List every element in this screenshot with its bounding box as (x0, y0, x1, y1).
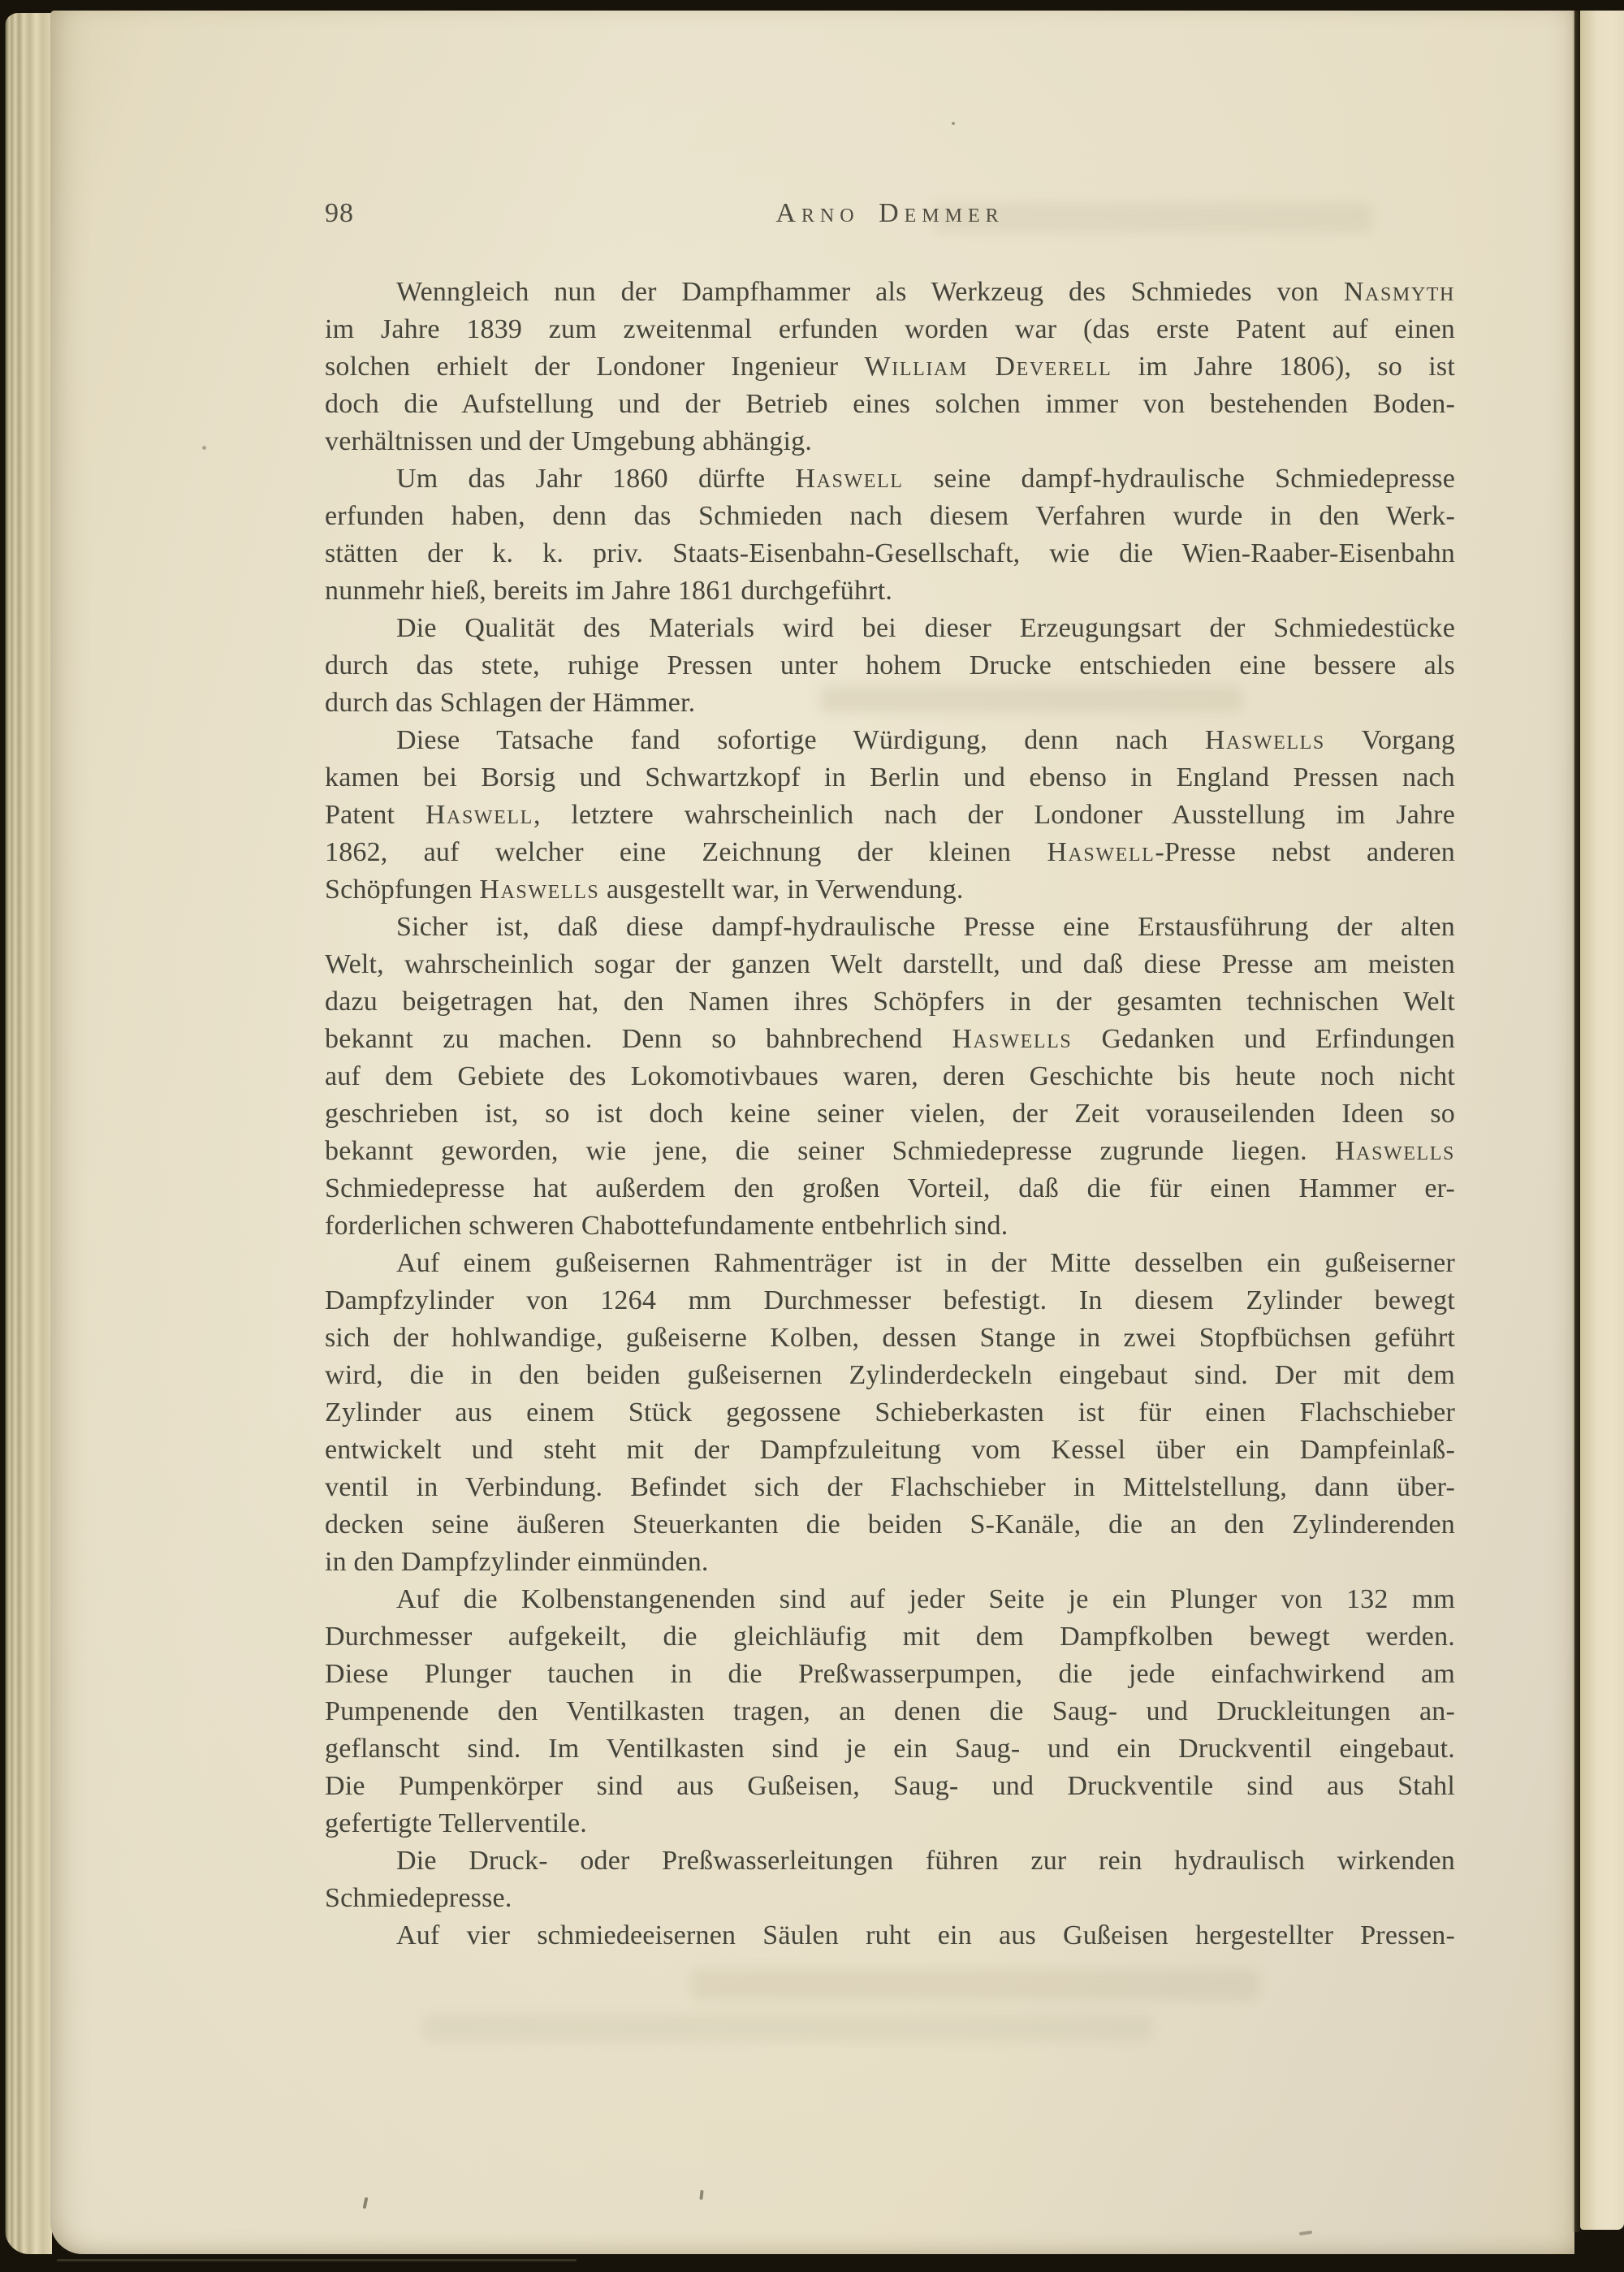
text-line: Pumpenende den Ventilkasten tragen, an d… (325, 1693, 1455, 1730)
text-line: Auf die Kolbenstangenenden sind auf jede… (325, 1581, 1455, 1618)
text-line: auf dem Gebiete des Lokomotivbaues waren… (325, 1058, 1455, 1095)
ink-speck (202, 446, 206, 450)
text-line: Die Qualität des Materials wird bei dies… (325, 610, 1455, 647)
text-line: im Jahre 1839 zum zweitenmal erfunden wo… (325, 311, 1455, 348)
small-caps-name: Haswells (952, 1024, 1072, 1054)
small-caps-name: Haswells (479, 875, 599, 905)
text-line: erfunden haben, denn das Schmieden nach … (325, 498, 1455, 535)
ghost-showthrough (422, 2014, 1153, 2041)
text-line: durch das Schlagen der Hämmer. (325, 685, 1455, 722)
text-line: kamen bei Borsig und Schwartzkopf in Ber… (325, 759, 1455, 797)
page-stack-edge (5, 13, 52, 2254)
text-line: Um das Jahr 1860 dürfte Haswell seine da… (325, 460, 1455, 498)
small-caps-name: Haswell (425, 800, 533, 830)
text-line: verhältnissen und der Umgebung abhängig. (325, 423, 1455, 460)
small-caps-name: Haswell (795, 464, 903, 494)
text-line: entwickelt und steht mit der Dampfzuleit… (325, 1432, 1455, 1469)
ink-speck (363, 2197, 369, 2209)
body-text: Wenngleich nun der Dampfhammer als Werkz… (325, 274, 1455, 1955)
fold-shadow (1572, 11, 1580, 2232)
text-line: Die Druck- oder Preßwasserleitungen führ… (325, 1842, 1455, 1880)
small-caps-name: Haswells (1335, 1136, 1455, 1166)
text-line: geschrieben ist, so ist doch keine seine… (325, 1095, 1455, 1133)
text-line: forderlichen schweren Chabottefundamente… (325, 1207, 1455, 1245)
text-line: in den Dampfzylinder einmünden. (325, 1544, 1455, 1581)
text-line: durch das stete, ruhige Pressen unter ho… (325, 647, 1455, 685)
text-line: Durchmesser aufgekeilt, die gleichläufig… (325, 1618, 1455, 1656)
small-caps-name: Haswells (1205, 725, 1325, 755)
text-line: 1862, auf welcher eine Zeichnung der kle… (325, 834, 1455, 871)
text-line: Patent Haswell, letztere wahrscheinlich … (325, 797, 1455, 834)
book-page: 98 Arno Demmer Wenngleich nun der Dampfh… (50, 11, 1574, 2254)
text-line: Welt, wahrscheinlich sogar der ganzen We… (325, 946, 1455, 983)
book-scan: { "scan": { "paper_color": "#ece4cc", "i… (0, 0, 1624, 2272)
text-line: doch die Aufstellung und der Betrieb ein… (325, 386, 1455, 423)
text-line: Sicher ist, daß diese dampf-hydraulische… (325, 909, 1455, 946)
running-title: Arno Demmer (775, 198, 1004, 228)
small-caps-name: Haswell (1047, 837, 1155, 867)
text-line: solchen erhielt der Londoner Ingenieur W… (325, 348, 1455, 386)
text-line: Auf vier schmiedeeisernen Säulen ruht ei… (325, 1917, 1455, 1955)
ink-speck (1299, 2231, 1312, 2235)
text-line: sich der hohlwandige, gußeiserne Kolben,… (325, 1320, 1455, 1357)
small-caps-name: William Deverell (865, 352, 1112, 382)
text-line: wird, die in den beiden gußeisernen Zyli… (325, 1357, 1455, 1394)
ghost-showthrough (690, 1969, 1259, 2000)
text-line: nunmehr hieß, bereits im Jahre 1861 durc… (325, 572, 1455, 610)
text-line: Zylinder aus einem Stück gegossene Schie… (325, 1394, 1455, 1432)
text-line: bekannt geworden, wie jene, die seiner S… (325, 1133, 1455, 1170)
text-line: Auf einem gußeisernen Rahmenträger ist i… (325, 1245, 1455, 1282)
text-line: Diese Plunger tauchen in die Preßwasserp… (325, 1656, 1455, 1693)
page-number: 98 (325, 193, 354, 234)
text-line: Diese Tatsache fand sofortige Würdigung,… (325, 722, 1455, 759)
lower-page-edge (57, 2259, 577, 2261)
text-line: Schmiedepresse. (325, 1880, 1455, 1917)
text-line: Schmiedepresse hat außerdem den großen V… (325, 1170, 1455, 1207)
ink-speck (952, 122, 955, 125)
text-line: Wenngleich nun der Dampfhammer als Werkz… (325, 274, 1455, 311)
text-line: bekannt zu machen. Denn so bahnbrechend … (325, 1021, 1455, 1058)
text-line: Die Pumpenkörper sind aus Gußeisen, Saug… (325, 1768, 1455, 1805)
text-line: geflanscht sind. Im Ventilkasten sind je… (325, 1730, 1455, 1768)
running-header: 98 Arno Demmer (325, 193, 1455, 234)
text-line: gefertigte Tellerventile. (325, 1805, 1455, 1842)
small-caps-name: Nasmyth (1344, 277, 1455, 307)
text-line: dazu beigetragen hat, den Namen ihres Sc… (325, 983, 1455, 1021)
text-line: Dampfzylinder von 1264 mm Durchmesser be… (325, 1282, 1455, 1320)
text-line: decken seine äußeren Steuerkanten die be… (325, 1506, 1455, 1544)
text-line: Schöpfungen Haswells ausgestellt war, in… (325, 871, 1455, 909)
next-page-edge (1580, 11, 1624, 2230)
ink-speck (699, 2190, 703, 2200)
text-line: ventil in Verbindung. Befindet sich der … (325, 1469, 1455, 1506)
text-line: stätten der k. k. priv. Staats-Eisenbahn… (325, 535, 1455, 572)
